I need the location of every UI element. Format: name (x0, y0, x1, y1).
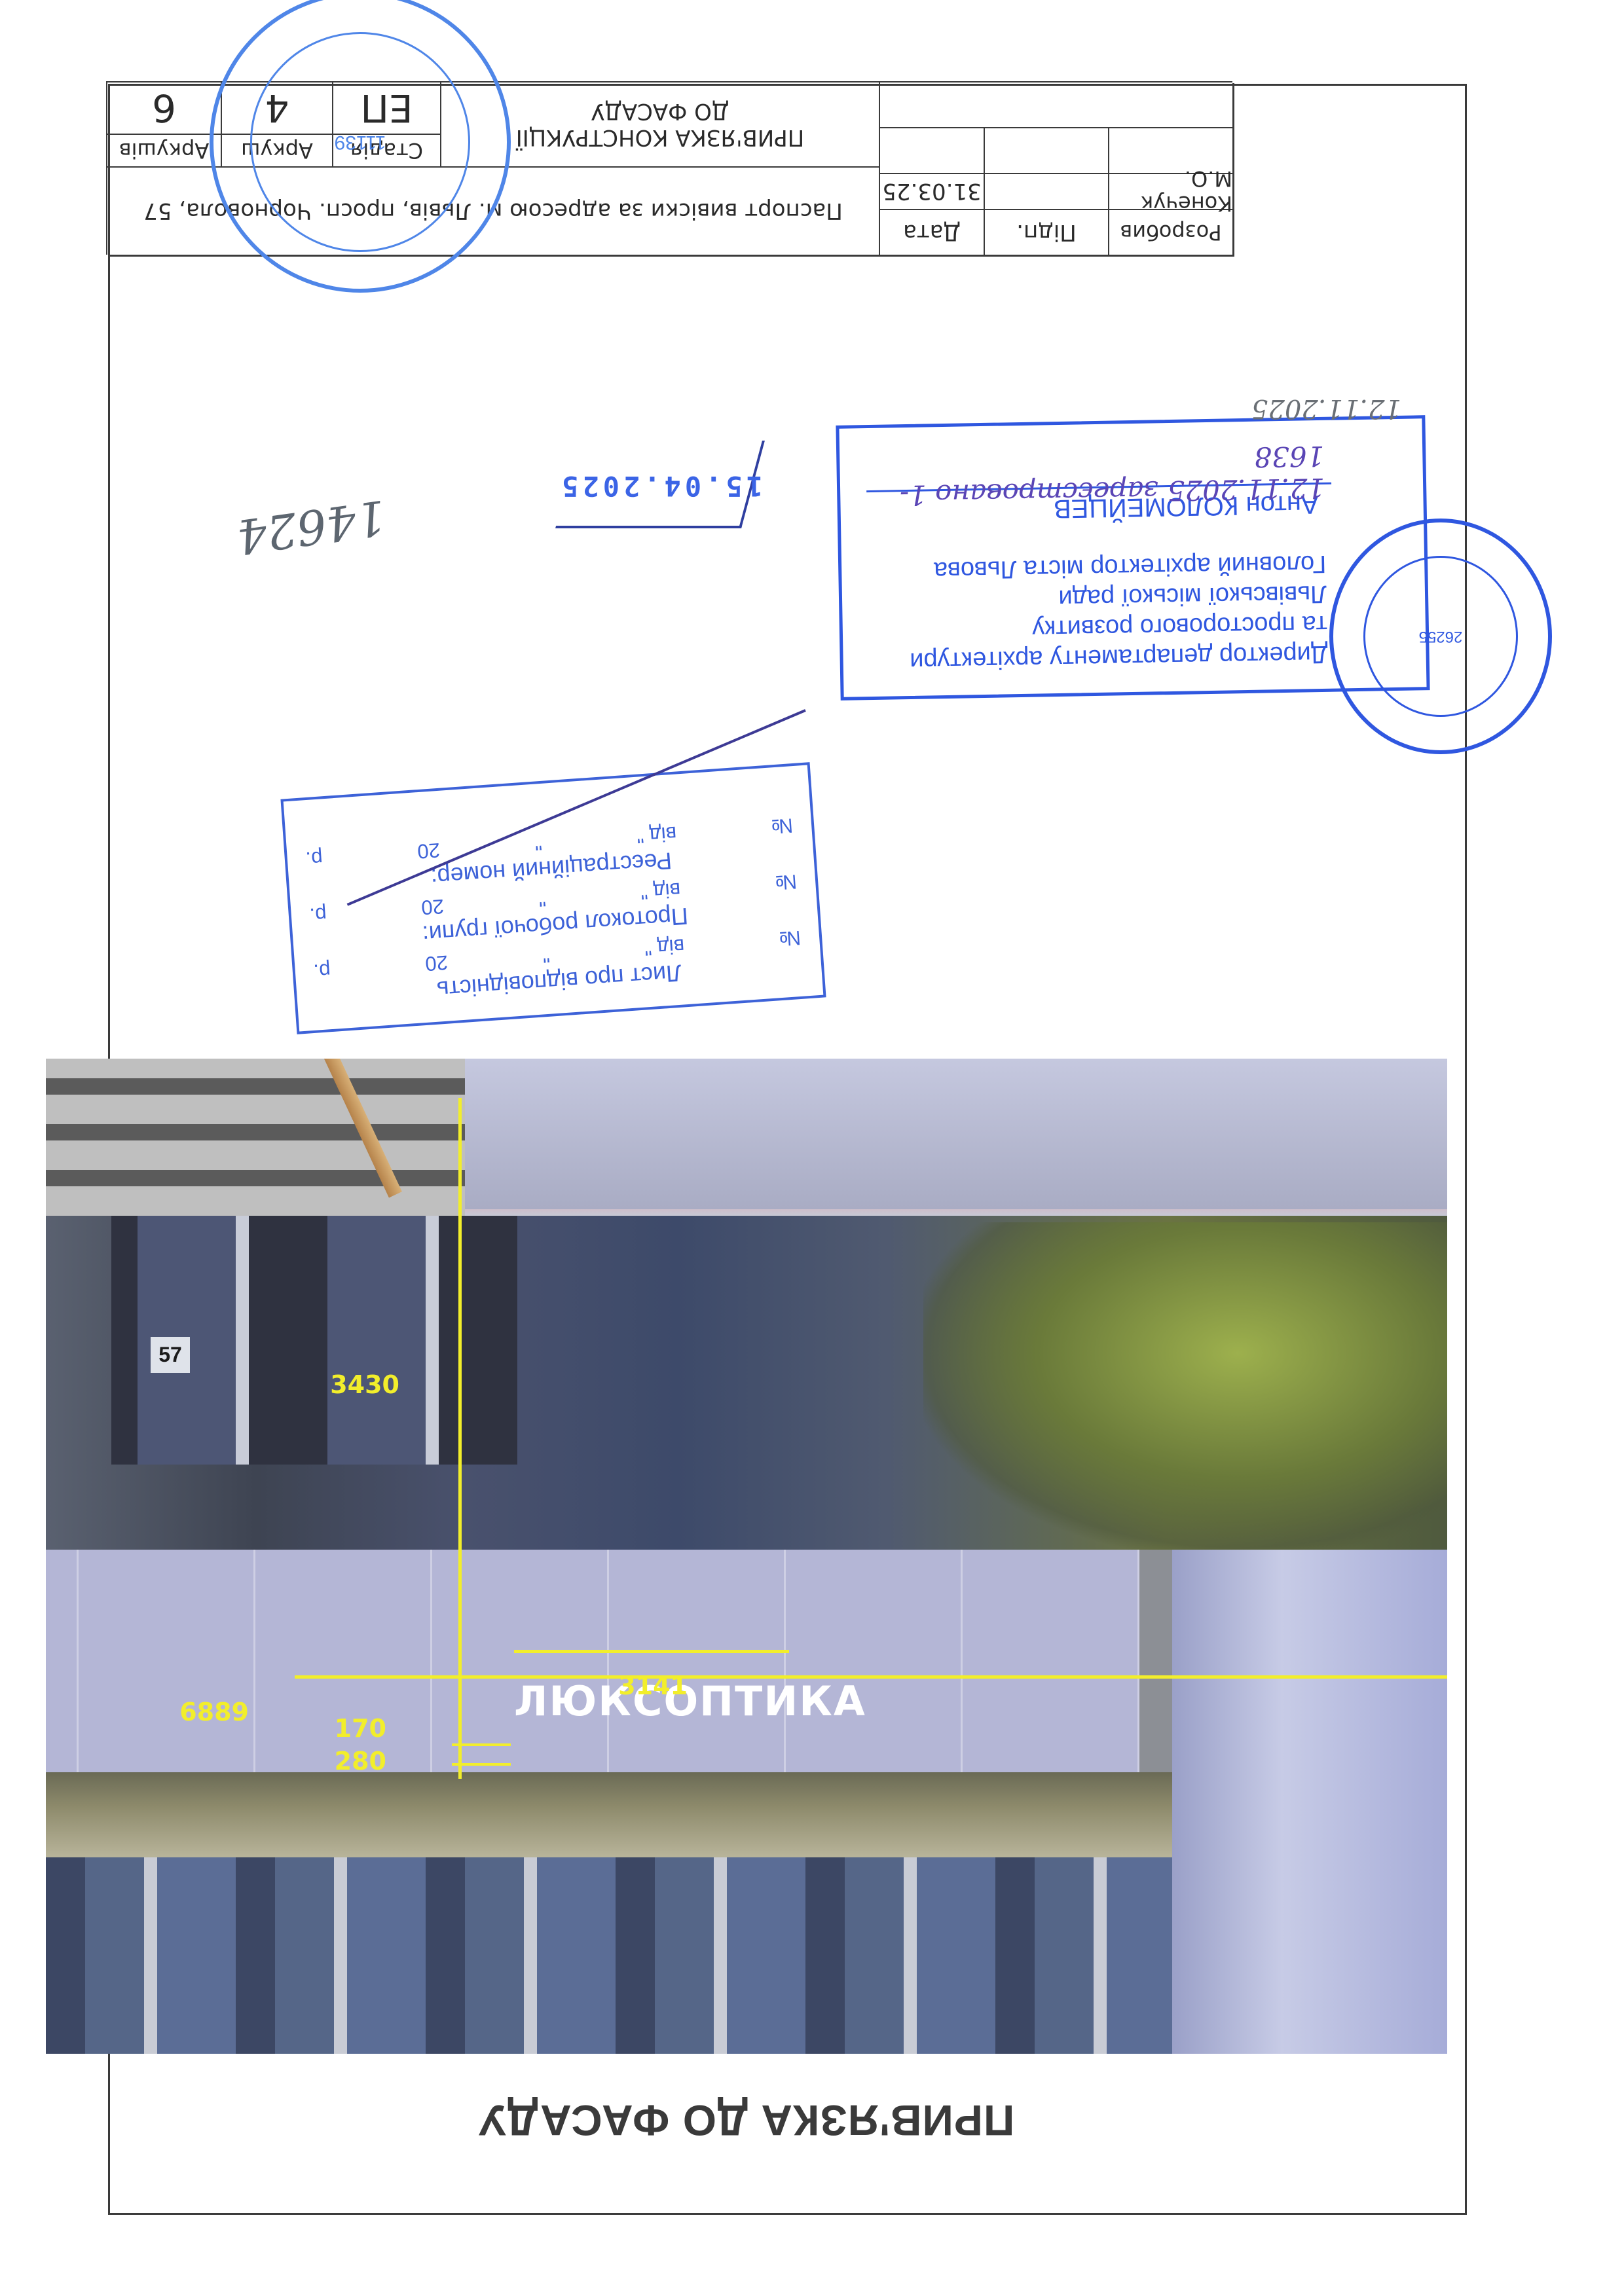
date-label: Дата (879, 209, 984, 255)
document-sheet: ПРИВ'ЯЗКА ДО ФАСАДУ ЛЮКСОПТИКА 57 6889 3… (0, 0, 1624, 2296)
dimension-tick-bottom (452, 1763, 511, 1766)
dimension-sign-height: 280 (335, 1747, 386, 1776)
canopy (465, 1059, 1447, 1209)
upper-floor-balconies (46, 1059, 465, 1216)
date-stamp: 15.04.2025 (558, 470, 763, 502)
signature-cell (984, 173, 1108, 209)
page-title: ПРИВ'ЯЗКА ДО ФАСАДУ (419, 2096, 1074, 2145)
dimension-line-total (295, 1675, 1447, 1679)
department-seal: 26255 (1329, 519, 1552, 754)
engineer-seal: 11139 (210, 0, 511, 293)
trees (923, 1222, 1447, 1550)
sheets-value: 6 (106, 81, 221, 134)
engineer-seal-inner: 11139 (250, 32, 470, 252)
dimension-line-text (514, 1650, 789, 1653)
handwritten-registration: 12.11.2025 зареєстровано 1-1638 (840, 440, 1325, 513)
date-value: 31.03.25 (879, 173, 984, 209)
dimension-text-width: 3141 (618, 1671, 688, 1700)
sign-panel (46, 1550, 1139, 1772)
empty-cell-1 (1108, 127, 1232, 173)
dimension-line-vertical (458, 1098, 462, 1779)
handwritten-date: 12.11.2025 (1251, 393, 1401, 424)
dimension-total-width: 6889 (179, 1698, 249, 1726)
department-seal-inner: 26255 (1363, 556, 1518, 717)
dimension-letter-height: 170 (335, 1714, 386, 1743)
dimension-tick-top (452, 1743, 511, 1746)
building-floor-band (46, 1772, 1225, 1857)
house-number-plate: 57 (151, 1337, 190, 1373)
sheets-label: Аркушів (106, 134, 221, 166)
signature-label: Підп. (984, 209, 1108, 255)
empty-cell-3 (879, 127, 984, 173)
dimension-height-from-ground: 3430 (330, 1370, 399, 1399)
empty-cell-2 (984, 127, 1108, 173)
facade-photo: ЛЮКСОПТИКА 57 6889 3141 280 170 3430 (46, 1059, 1447, 2054)
developer-name: Конечук М.О. (1108, 173, 1232, 209)
empty-cell-4 (879, 81, 1232, 127)
